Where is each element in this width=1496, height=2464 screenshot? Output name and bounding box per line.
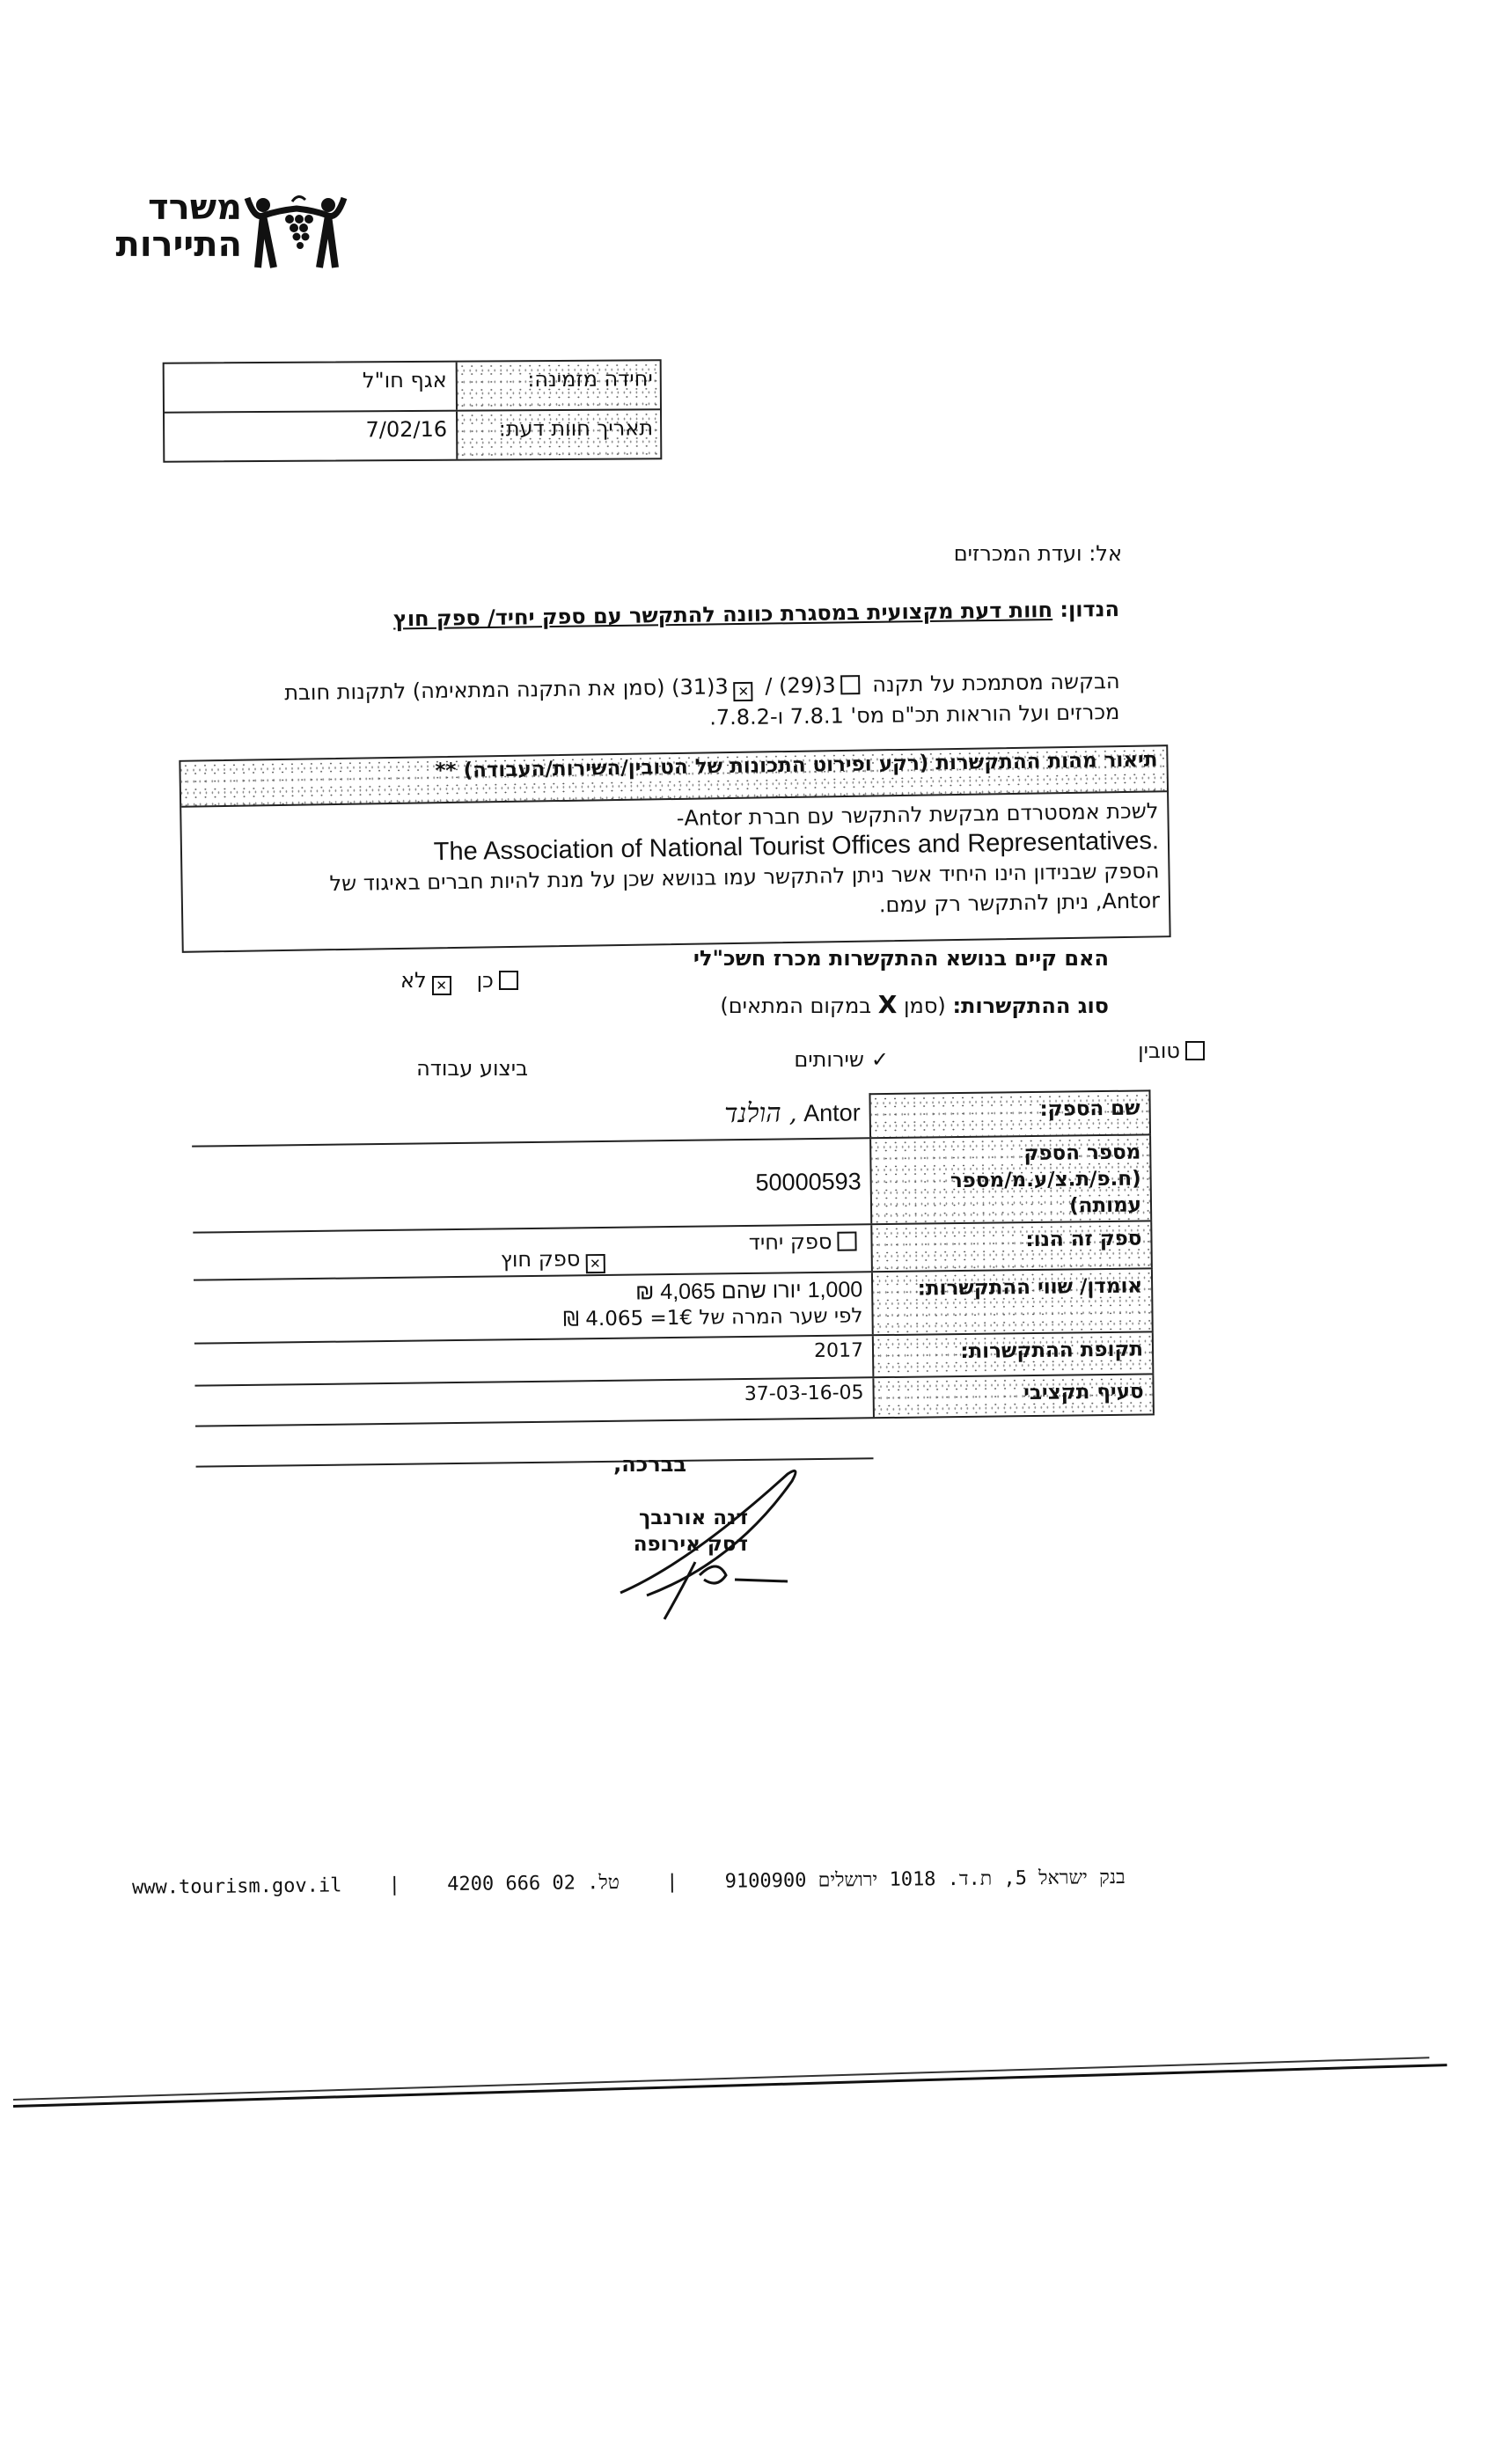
request-regulation-line-2: מכרזים ועל הוראות תכ"ם מס' 7.8.1 ו-7.8.2… — [709, 700, 1119, 730]
logo-line-2: התיירות — [116, 226, 243, 263]
regulation-31-label: 3(31) — [671, 674, 729, 700]
period-value: 2017 — [194, 1336, 873, 1384]
yes-checkbox[interactable] — [499, 971, 518, 990]
supplier-kind-label: ספק זה הנו: — [870, 1221, 1153, 1271]
footer-website[interactable]: www.tourism.gov.il — [132, 1874, 342, 1898]
hint-x: X — [878, 990, 898, 1019]
logo-text: משרד התיירות — [116, 189, 243, 263]
goods-checkbox[interactable] — [1185, 1041, 1205, 1060]
ministry-logo: משרד התיירות — [84, 189, 348, 273]
sole-supplier-label: ספק יחיד — [749, 1229, 832, 1255]
tender-question: האם קיים בנושא ההתקשרות מכרז חשכ"לי — [693, 946, 1109, 971]
check-mark-icon: ✓ — [871, 1047, 889, 1072]
supplier-kind-value: ספק יחיד ✕ספק חוץ — [193, 1225, 871, 1279]
estimate-label: אומדן/ שווי ההתקשרות: — [871, 1269, 1154, 1334]
regulation-31-checkbox[interactable]: ✕ — [733, 682, 752, 701]
regulation-29-label: 3(29) — [778, 673, 835, 699]
scan-line-2 — [13, 2064, 1447, 2108]
ordering-unit-value: אגף חו"ל — [165, 363, 456, 412]
supplier-name-label: שם הספק: — [869, 1089, 1151, 1137]
info-row-unit: יחידה מזמינה: אגף חו"ל — [165, 361, 660, 413]
estimate-row: אומדן/ שווי ההתקשרות: 1,000 יורו שהם 4,0… — [194, 1269, 1154, 1344]
yes-label: כן — [477, 968, 494, 993]
supplier-number-label: מספר הספק (ח.פ/ת.צ/ע.מ/מספר עמותה) — [869, 1135, 1152, 1223]
separator: / — [765, 674, 772, 699]
footer-phone: טל. 02 666 4200 — [447, 1872, 620, 1896]
supplier-name-text: Antor — [803, 1099, 861, 1126]
tourism-figures-icon — [244, 193, 348, 272]
budget-value: 37-03-16-05 — [194, 1378, 872, 1425]
foreign-supplier-label: ספק חוץ — [501, 1246, 581, 1272]
footer-divider: | — [666, 1871, 678, 1893]
type-option-work[interactable]: ביצוע עבודה — [416, 1056, 528, 1081]
estimate-value: 1,000 יורו שהם 4,065 ₪ לפי שער המרה של 1… — [194, 1272, 872, 1342]
engagement-type-line: סוג ההתקשרות: (סמן X במקום המתאים) — [720, 990, 1109, 1019]
opinion-date-value: 7/02/16 — [165, 412, 456, 461]
supplier-table: שם הספק: Antor , הולנד מספר הספק (ח.פ/ת.… — [191, 1089, 1155, 1467]
description-body: לשכת אמסטרדם מבקשת להתקשר עם חברת Antor-… — [181, 792, 1169, 935]
foreign-supplier-checkbox[interactable]: ✕ — [585, 1254, 605, 1273]
request-prefix: הבקשה מסתמכת על תקנה — [872, 669, 1120, 697]
hint-prefix: (סמן — [904, 994, 946, 1018]
supplier-number-value: 50000593 — [192, 1139, 870, 1231]
sole-supplier-checkbox[interactable] — [837, 1231, 856, 1250]
description-box: תיאור מהות ההתקשרות (רקע ופירוט התכונות … — [179, 744, 1170, 953]
work-label: ביצוע עבודה — [416, 1056, 528, 1081]
request-info-table: יחידה מזמינה: אגף חו"ל תאריך חוות דעת: 7… — [163, 359, 663, 462]
supplier-number-row: מספר הספק (ח.פ/ת.צ/ע.מ/מספר עמותה) 50000… — [192, 1135, 1152, 1233]
hint-suffix: במקום המתאים) — [720, 994, 871, 1018]
footer-address: בנק ישראל 5, ת.ד. 1018 ירושלים 9100900 — [725, 1866, 1126, 1893]
subject-label: הנדון: — [1060, 597, 1119, 622]
footer: www.tourism.gov.il | טל. 02 666 4200 | ב… — [132, 1864, 1276, 1899]
logo-line-1: משרד — [116, 189, 243, 226]
opinion-date-label: תאריך חוות דעת: — [456, 410, 660, 458]
scan-line-1 — [13, 2057, 1429, 2101]
type-option-goods[interactable]: טובין — [1138, 1038, 1210, 1063]
supplier-number-text: 50000593 — [755, 1168, 862, 1196]
request-suffix: (סמן את התקנה המתאימה) לתקנות חובת — [284, 675, 665, 705]
engagement-type-label: סוג ההתקשרות: — [952, 994, 1109, 1018]
budget-label: סעיף תקציבי — [872, 1375, 1155, 1417]
no-label: לא — [400, 968, 427, 993]
no-checkbox[interactable]: ✕ — [432, 976, 451, 995]
period-label: תקופת ההתקשרות: — [872, 1332, 1155, 1376]
info-row-date: תאריך חוות דעת: 7/02/16 — [165, 410, 660, 460]
tender-answer: כן ✕לא — [400, 968, 524, 995]
services-label: שירותים — [794, 1047, 864, 1072]
recipient-line: אל: ועדת המכרזים — [954, 541, 1122, 566]
footer-divider: | — [389, 1874, 401, 1896]
type-option-services[interactable]: ✓שירותים — [794, 1047, 889, 1072]
ordering-unit-label: יחידה מזמינה: — [456, 361, 660, 409]
supplier-name-value: Antor , הולנד — [191, 1093, 869, 1145]
regulation-29-checkbox[interactable] — [840, 675, 860, 694]
handwritten-note: הולנד — [724, 1097, 781, 1129]
goods-label: טובין — [1138, 1038, 1180, 1063]
subject: הנדון: חוות דעת מקצועית במסגרת כוונה להת… — [107, 593, 1119, 639]
signature-scribble-icon — [612, 1456, 814, 1624]
subject-text: חוות דעת מקצועית במסגרת כוונה להתקשר עם … — [393, 598, 1052, 631]
